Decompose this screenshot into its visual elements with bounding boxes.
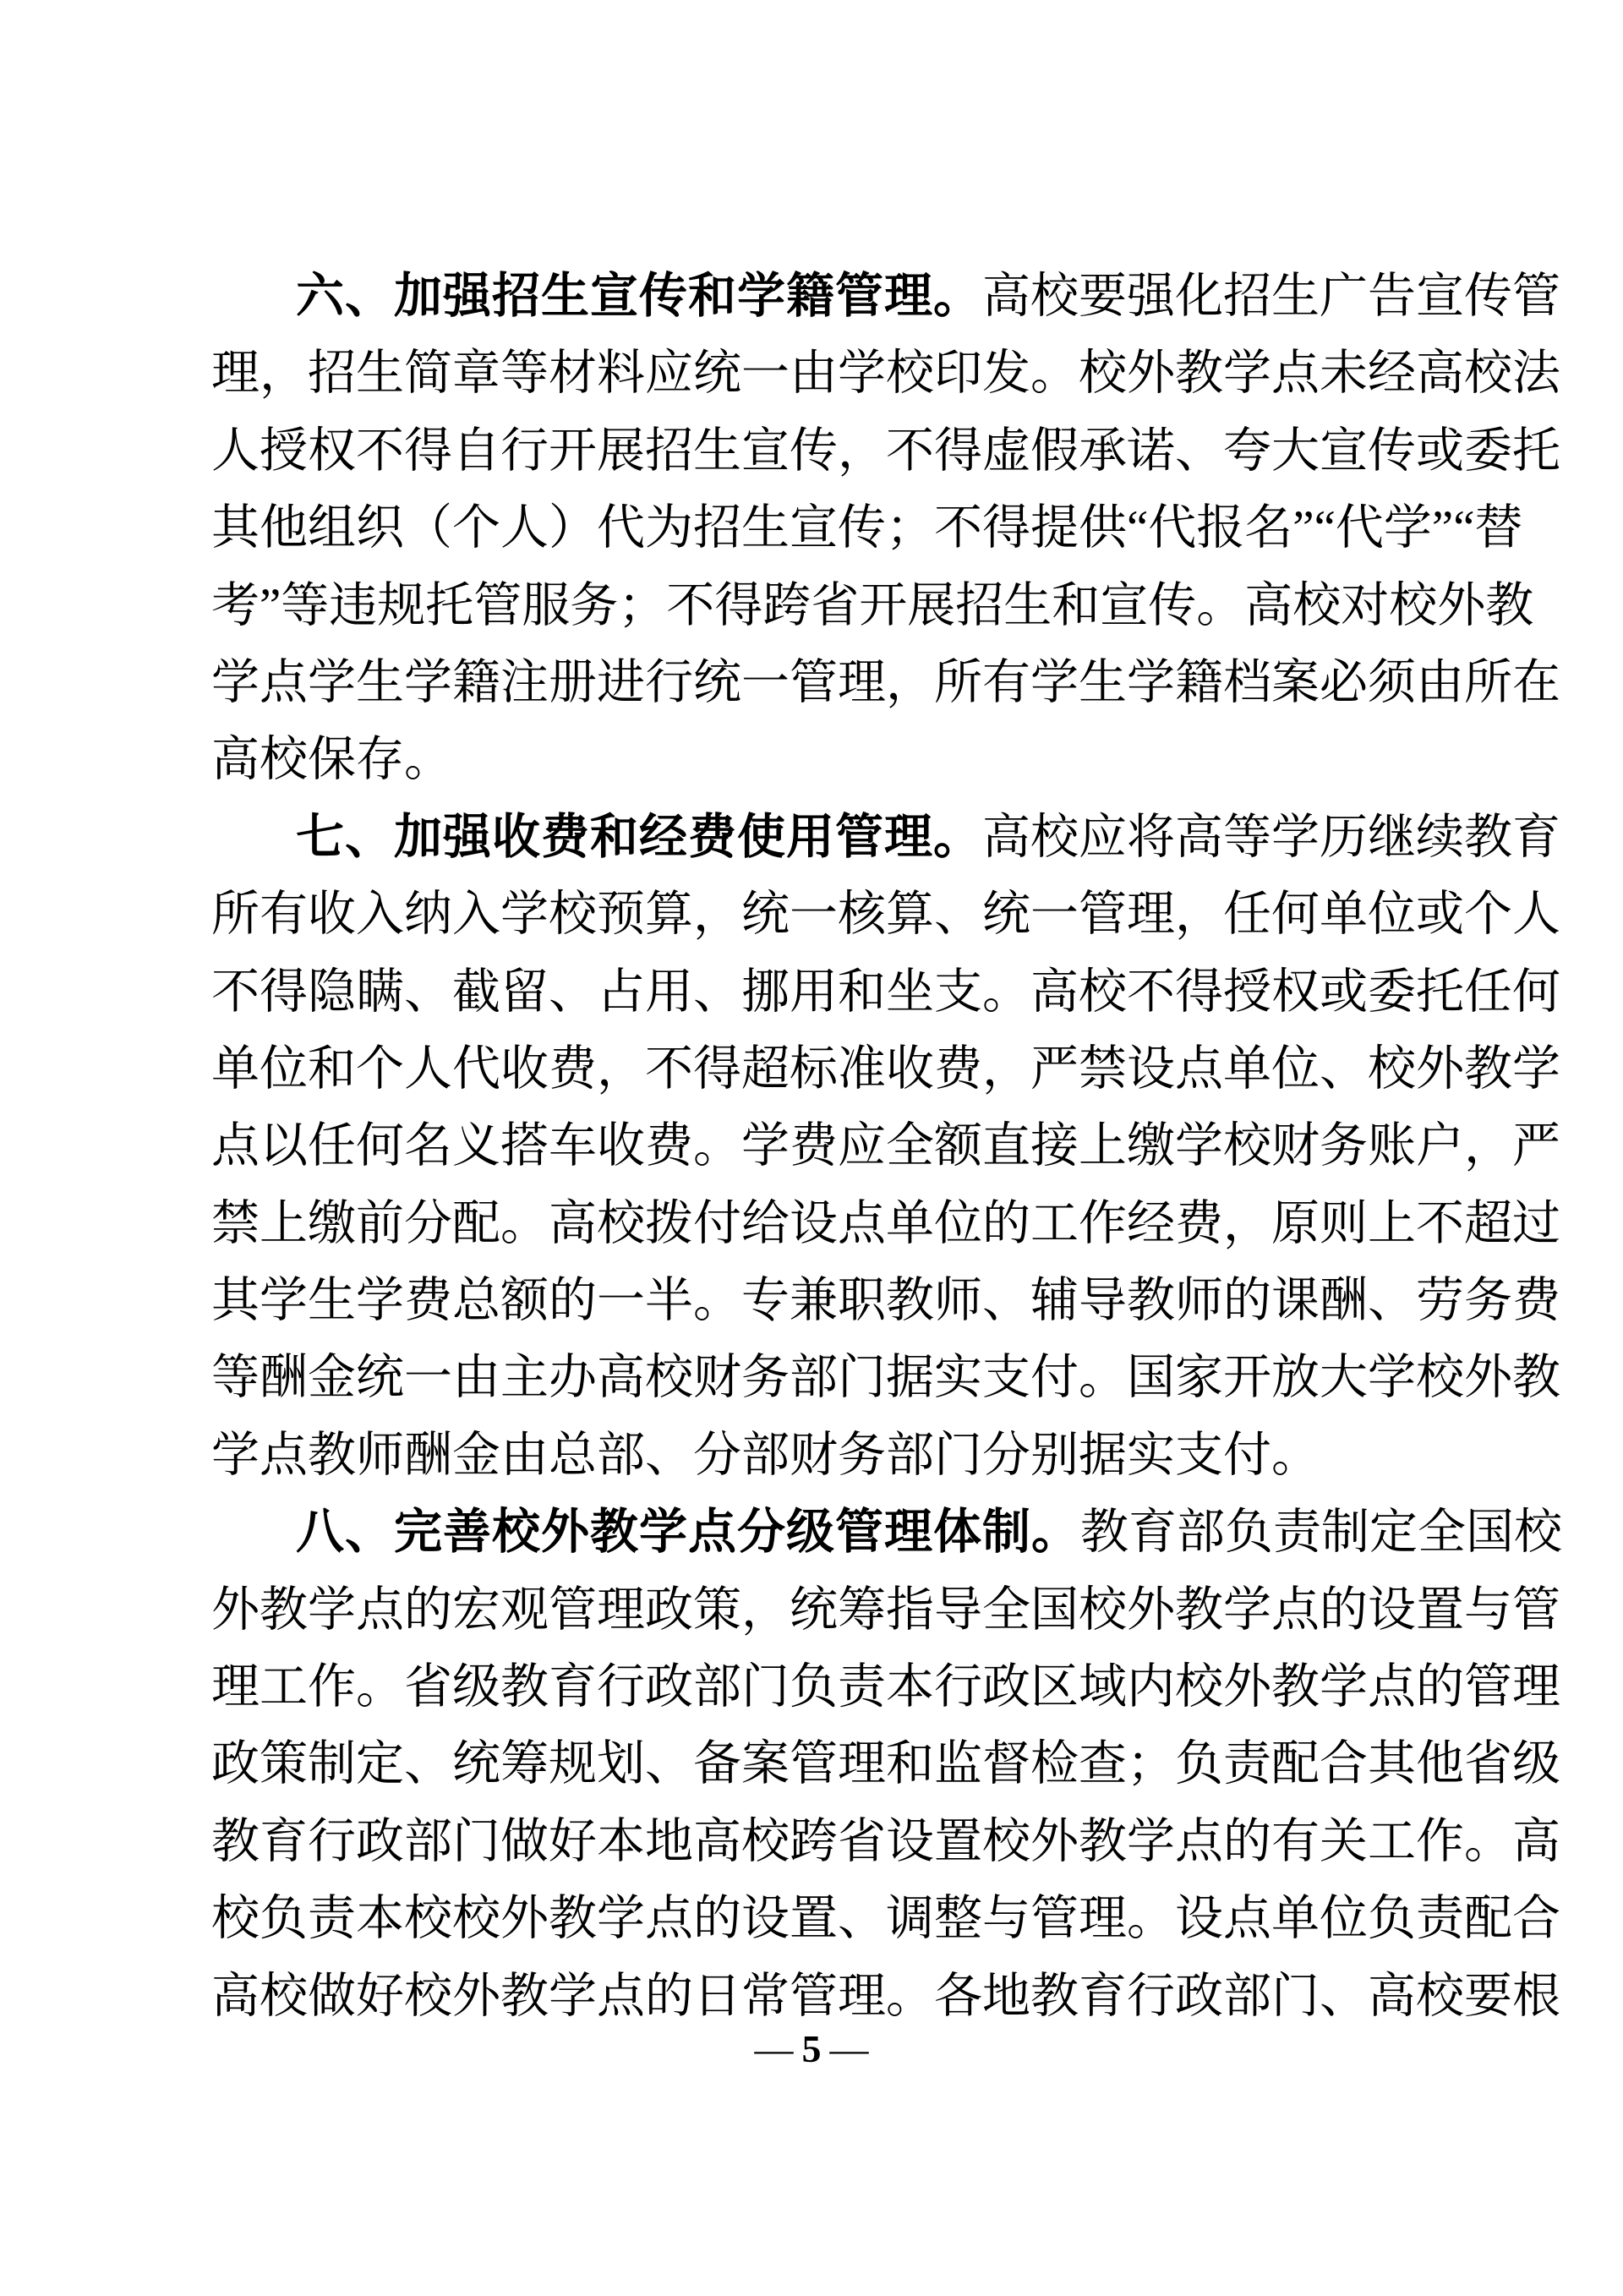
body-line: 其他组织（个人）代为招生宣传；不得提供“代报名”“代学”“替 [211,489,1458,566]
body-line: 理，招生简章等材料应统一由学校印发。校外教学点未经高校法 [211,335,1458,412]
body-text: 点以任何名义搭车收费。学费应全额直接上缴学校财务账户，严 [211,1119,1560,1173]
body-text: 教育行政部门做好本地高校跨省设置校外教学点的有关工作。高 [211,1815,1560,1868]
body-line: 高校保存。 [211,721,1458,798]
body-text: 学点教师酬金由总部、分部财务部门分别据实支付。 [211,1429,1320,1482]
page-number-dash-left: — [746,2027,802,2070]
body-text: 不得隐瞒、截留、占用、挪用和坐支。高校不得授权或委托任何 [211,965,1560,1019]
section-heading-text: 六、加强招生宣传和学籍管理。 [296,269,982,323]
body-line: 政策制定、统筹规划、备案管理和监督检查；负责配合其他省级 [211,1725,1458,1802]
heading-line: 八、完善校外教学点分级管理体制。教育部负责制定全国校 [211,1494,1458,1571]
body-line: 教育行政部门做好本地高校跨省设置校外教学点的有关工作。高 [211,1803,1458,1880]
body-line: 学点教师酬金由总部、分部财务部门分别据实支付。 [211,1417,1458,1494]
document-text: 六、加强招生宣传和学籍管理。高校要强化招生广告宣传管 理，招生简章等材料应统一由… [211,258,1458,2035]
body-line: 校负责本校校外教学点的设置、调整与管理。设点单位负责配合 [211,1880,1458,1957]
section-heading-text: 八、完善校外教学点分级管理体制。 [296,1505,1080,1559]
body-text: 理工作。省级教育行政部门负责本行政区域内校外教学点的管理 [211,1660,1560,1714]
body-line: 单位和个人代收费，不得超标准收费，严禁设点单位、校外教学 [211,1030,1458,1107]
body-text: 单位和个人代收费，不得超标准收费，严禁设点单位、校外教学 [211,1042,1560,1096]
body-line: 等酬金统一由主办高校财务部门据实支付。国家开放大学校外教 [211,1339,1458,1416]
body-line: 人授权不得自行开展招生宣传，不得虚假承诺、夸大宣传或委托 [211,413,1458,489]
body-text: 等酬金统一由主办高校财务部门据实支付。国家开放大学校外教 [211,1351,1560,1404]
body-text: 学点学生学籍注册进行统一管理，所有学生学籍档案必须由所在 [211,656,1560,709]
document-page: 六、加强招生宣传和学籍管理。高校要强化招生广告宣传管 理，招生简章等材料应统一由… [0,0,1623,2296]
body-line: 其学生学费总额的一半。专兼职教师、辅导教师的课酬、劳务费 [211,1262,1458,1339]
page-number-dash-right: — [822,2027,877,2070]
body-text: 高校保存。 [211,733,452,786]
body-text: 其他组织（个人）代为招生宣传；不得提供“代报名”“代学”“替 [211,501,1523,555]
heading-line: 七、加强收费和经费使用管理。高校应将高等学历继续教育 [211,799,1458,876]
body-line: 外教学点的宏观管理政策，统筹指导全国校外教学点的设置与管 [211,1572,1458,1648]
body-text: 高校做好校外教学点的日常管理。各地教育行政部门、高校要根 [211,1970,1560,2023]
body-text: 政策制定、统筹规划、备案管理和监督检查；负责配合其他省级 [211,1737,1560,1790]
page-number: —5— [0,2027,1623,2071]
body-line: 所有收入纳入学校预算，统一核算、统一管理，任何单位或个人 [211,876,1458,953]
body-text: 高校要强化招生广告宣传管 [982,270,1560,323]
body-text: 外教学点的宏观管理政策，统筹指导全国校外教学点的设置与管 [211,1583,1560,1637]
body-text: 教育部负责制定全国校 [1080,1506,1562,1559]
body-text: 校负责本校校外教学点的设置、调整与管理。设点单位负责配合 [211,1892,1560,1945]
body-text: 人授权不得自行开展招生宣传，不得虚假承诺、夸大宣传或委托 [211,424,1560,478]
body-line: 理工作。省级教育行政部门负责本行政区域内校外教学点的管理 [211,1648,1458,1725]
section-heading-text: 七、加强收费和经费使用管理。 [296,810,982,864]
body-text: 所有收入纳入学校预算，统一核算、统一管理，任何单位或个人 [211,888,1560,941]
body-line: 禁上缴前分配。高校拨付给设点单位的工作经费，原则上不超过 [211,1185,1458,1262]
heading-line: 六、加强招生宣传和学籍管理。高校要强化招生广告宣传管 [211,258,1458,335]
body-line: 点以任何名义搭车收费。学费应全额直接上缴学校财务账户，严 [211,1107,1458,1184]
body-text: 其学生学费总额的一半。专兼职教师、辅导教师的课酬、劳务费 [211,1274,1560,1327]
body-line: 考”等违规托管服务；不得跨省开展招生和宣传。高校对校外教 [211,567,1458,644]
body-text: 高校应将高等学历继续教育 [982,811,1560,864]
body-line: 高校做好校外教学点的日常管理。各地教育行政部门、高校要根 [211,1958,1458,2035]
body-line: 学点学生学籍注册进行统一管理，所有学生学籍档案必须由所在 [211,644,1458,721]
page-number-value: 5 [802,2027,822,2070]
body-line: 不得隐瞒、截留、占用、挪用和坐支。高校不得授权或委托任何 [211,954,1458,1030]
body-text: 理，招生简章等材料应统一由学校印发。校外教学点未经高校法 [211,347,1560,400]
body-text: 禁上缴前分配。高校拨付给设点单位的工作经费，原则上不超过 [211,1197,1560,1250]
body-text: 考”等违规托管服务；不得跨省开展招生和宣传。高校对校外教 [211,579,1533,632]
